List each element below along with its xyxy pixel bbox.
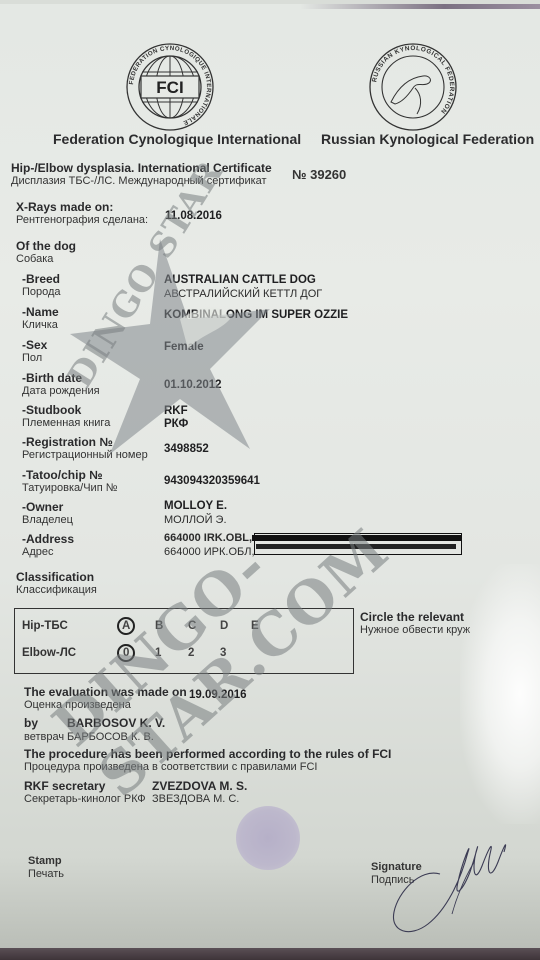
certificate-title-en: Hip-/Elbow dysplasia. International Cert… xyxy=(11,161,272,175)
top-edge-shadow xyxy=(300,4,540,9)
stamp-label-en: Stamp xyxy=(28,855,62,867)
table-surface xyxy=(0,948,540,960)
owner-value-ru: МОЛЛОЙ Э. xyxy=(164,514,227,526)
circle-note-ru: Нужное обвести круж xyxy=(360,624,470,636)
rkf-org-name: Russian Kynological Federation xyxy=(321,131,534,147)
breed-value-ru: АВСТРАЛИЙСКИЙ КЕТТЛ ДОГ xyxy=(164,288,322,300)
studbook-value-en: RKF xyxy=(164,405,188,417)
classification-label-en: Classification xyxy=(16,570,94,584)
by-label-ru: ветврач xyxy=(24,731,64,743)
certificate-paper: FCI FEDERATION CYNOLOGIQUE INTERNATIONAL… xyxy=(0,4,540,952)
dog-section-label-en: Of the dog xyxy=(16,239,76,253)
stamp-label-ru: Печать xyxy=(28,868,64,880)
certificate-number: № 39260 xyxy=(292,167,346,182)
xray-label-en: X-Rays made on: xyxy=(16,200,113,214)
classification-label-ru: Классификация xyxy=(16,584,97,596)
owner-value-en: MOLLOY E. xyxy=(164,500,227,512)
dog-section-label-ru: Собака xyxy=(16,253,53,265)
rkf-logo-icon: RUSSIAN KYNOLOGICAL FEDERATION xyxy=(367,42,459,132)
by-label-en: by xyxy=(24,716,38,730)
svg-text:FCI: FCI xyxy=(156,78,183,97)
light-glare xyxy=(460,564,540,824)
sex-value: Female xyxy=(164,341,204,353)
chip-value: 943094320359641 xyxy=(164,475,260,487)
elbow-label: Elbow-ЛС xyxy=(22,647,76,659)
fci-logo-icon: FCI FEDERATION CYNOLOGIQUE INTERNATIONAL… xyxy=(125,42,215,132)
xray-label-ru: Рентгенография сделана: xyxy=(16,214,148,226)
circle-note-en: Circle the relevant xyxy=(360,610,464,624)
secretary-name-ru: ЗВЕЗДОВА М. С. xyxy=(152,793,239,805)
signature-icon xyxy=(380,832,525,942)
secretary-label-en: RKF secretary xyxy=(24,779,105,793)
fci-org-name: Federation Cynologique International xyxy=(53,131,301,147)
birth-date-value: 01.10.2012 xyxy=(164,379,222,391)
stamp-seal-icon xyxy=(236,806,300,870)
breed-value-en: AUSTRALIAN CATTLE DOG xyxy=(164,274,316,286)
registration-value: 3498852 xyxy=(164,443,209,455)
hip-label: Hip-ТБС xyxy=(22,620,68,632)
secretary-name-en: ZVEZDOVA M. S. xyxy=(152,779,247,793)
dog-name-value: KOMBINALONG IM SUPER OZZIE xyxy=(164,309,348,321)
studbook-value-ru: РКФ xyxy=(164,418,188,430)
